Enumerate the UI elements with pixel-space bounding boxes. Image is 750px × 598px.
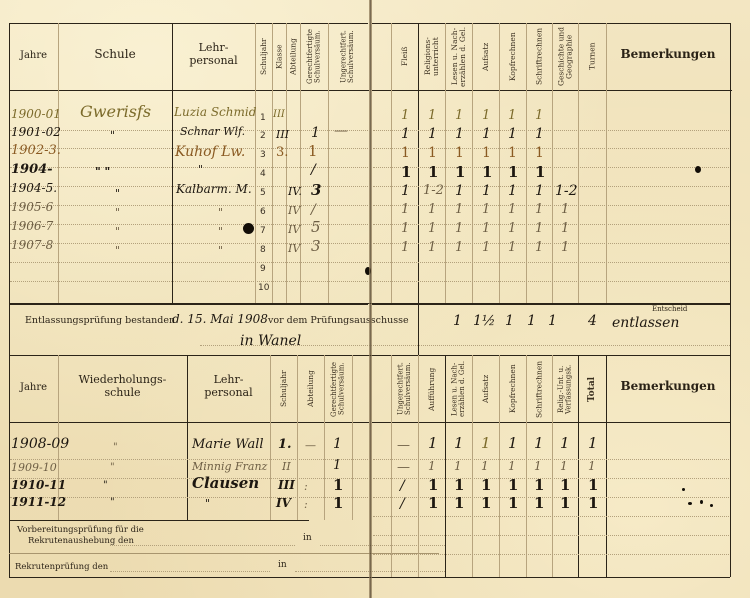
grade-cell: 1 — [508, 127, 517, 141]
lower-row-school: " — [113, 443, 118, 453]
lower-grade-cell: 1 — [481, 478, 491, 493]
ink-blot — [243, 223, 254, 234]
grade-cell: 1 — [482, 203, 490, 216]
row-school: " — [115, 226, 120, 237]
lower-grade-cell: 1 — [534, 436, 544, 451]
header-excused-absences: Gerechtfertigte Schulversäum. — [301, 25, 328, 88]
grade-cell: 1 — [561, 222, 569, 235]
lower-header-remarks: Bemerkungen — [606, 380, 730, 394]
grade-cell: 1 — [561, 203, 569, 216]
header-school-year: Schuljahr — [256, 25, 272, 88]
row-teacher: Schnar Wlf. — [180, 126, 245, 137]
school-year-number: 1 — [260, 113, 266, 123]
discharge-exam-committee-label: vor dem Prüfungsausschusse — [268, 315, 409, 326]
row-year: 1902-3. — [11, 144, 61, 157]
header-division: Abteilung — [287, 25, 300, 88]
lower-grade-cell: 1 — [428, 496, 438, 511]
row-division: IV — [288, 224, 300, 235]
lower-row-excused: 1 — [333, 478, 343, 493]
lower-grade-cell: 1 — [588, 478, 598, 493]
row-teacher: " — [218, 226, 223, 237]
lower-row-teacher: Clausen — [192, 476, 259, 491]
header-remarks: Bemerkungen — [606, 48, 730, 62]
lower-grade-cell: 1 — [560, 436, 570, 451]
discharge-grade: 4 — [588, 314, 597, 328]
lower-grade-cell: 1 — [454, 436, 464, 451]
row-year: 1907-8 — [11, 239, 53, 251]
lower-row-excused: 1 — [333, 459, 341, 472]
lower-grade-cell: 1 — [588, 496, 598, 511]
lower-grade-cell: 1 — [588, 460, 596, 472]
lower-header-conduct: Aufführung — [419, 358, 445, 420]
discharge-grade: 1 — [505, 314, 514, 328]
header-years: Jahre — [9, 50, 58, 62]
grade-cell: 1 — [482, 127, 491, 141]
grade-cell: 1 — [535, 241, 543, 254]
lower-grade-cell: 1 — [508, 460, 516, 472]
row-school: Gwerisfs — [80, 104, 151, 120]
lower-grade-cell: 1 — [508, 478, 518, 493]
grade-cell: 1 — [508, 165, 518, 180]
grade-cell: 1 — [535, 109, 543, 122]
lower-grade-cell: 1 — [508, 436, 518, 451]
lower-row-teacher: " — [205, 498, 210, 509]
row-unexcused: — — [334, 124, 348, 138]
school-year-number: 10 — [258, 283, 269, 293]
header-mental-arithmetic: Kopfrechnen — [500, 25, 526, 88]
grade-cell: 1 — [535, 184, 544, 198]
row-school: " — [115, 245, 120, 256]
grade-cell: 1 — [482, 241, 490, 254]
row-division: IV — [288, 205, 300, 216]
grade-cell: 1 — [401, 165, 411, 180]
grade-cell: 1-2 — [555, 184, 578, 198]
header-history-geography: Geschichte und Geographie — [553, 25, 578, 88]
header-class: Klasse — [273, 25, 286, 88]
grade-cell: 1 — [428, 109, 436, 122]
grade-cell: 1 — [561, 241, 569, 254]
row-division: IV. — [288, 186, 302, 197]
lower-row-unexcused: / — [400, 497, 405, 511]
school-year-number: 3 — [260, 150, 266, 160]
ink-blot — [695, 166, 701, 173]
lower-grade-cell: 1 — [454, 478, 464, 493]
lower-header-mental-arithmetic: Kopfrechnen — [500, 358, 526, 420]
grade-cell: 1 — [508, 146, 517, 160]
lower-row-unexcused: — — [397, 461, 410, 474]
grade-cell: 1 — [482, 109, 490, 122]
grade-cell: 1 — [508, 241, 516, 254]
lower-grade-cell: 1 — [560, 478, 570, 493]
row-excused: 1 — [311, 126, 320, 140]
ink-speck — [688, 502, 692, 505]
row-division: IV — [288, 243, 300, 254]
lower-row-school-year: IV — [276, 497, 291, 509]
grade-cell: 1 — [508, 203, 516, 216]
decision-label: Entscheid — [652, 305, 687, 313]
prep-exam-label-line1: Vorbereitungsprüfung für die — [17, 525, 144, 535]
page-fold — [369, 0, 372, 598]
grade-cell: 1 — [535, 146, 544, 160]
lower-row-excused: 1 — [333, 496, 343, 511]
header-unexcused-absences: Ungerechtfert. Schulversäum. — [330, 25, 366, 88]
grade-cell: 1 — [401, 241, 409, 254]
grade-cell: 1 — [455, 222, 463, 235]
row-school: " — [110, 130, 115, 141]
school-year-number: 4 — [260, 169, 266, 179]
grade-cell: 1 — [401, 127, 410, 141]
grade-cell: 1 — [455, 203, 463, 216]
grade-cell: 1 — [455, 109, 463, 122]
row-teacher: Luzia Schmid — [174, 106, 256, 118]
header-diligence: Fleiß — [392, 25, 418, 88]
row-teacher: " — [218, 207, 223, 218]
decision-handwritten: entlassen — [612, 316, 679, 330]
ink-speck — [700, 500, 703, 504]
row-division: III — [273, 110, 285, 120]
row-year: 1901-02 — [11, 126, 61, 138]
grade-cell: 1 — [401, 203, 409, 216]
lower-grade-cell: 1 — [534, 496, 544, 511]
header-essay: Aufsatz — [473, 25, 499, 88]
lower-header-school: Wiederholungs- schule — [58, 374, 187, 399]
ink-speck — [682, 488, 685, 491]
lower-row-year: 1911-12 — [11, 496, 66, 508]
grade-cell: 1 — [401, 184, 410, 198]
recruit-exam-in-label: in — [278, 560, 287, 570]
lower-row-year: 1910-11 — [11, 479, 66, 491]
grade-cell: 1 — [401, 222, 409, 235]
header-written-arithmetic: Schriftrechnen — [527, 25, 552, 88]
grade-cell: 1 — [535, 165, 545, 180]
lower-header-civics: Relig.-Unt. u. Verfassungsk. — [553, 358, 578, 420]
header-teacher: Lehr- personal — [172, 42, 255, 67]
lower-header-division: Abteilung — [298, 358, 324, 420]
lower-grade-cell: 1 — [508, 496, 518, 511]
row-school: " — [115, 207, 120, 218]
row-excused: 1 — [308, 144, 318, 159]
header-religion: Religions-unterricht — [419, 25, 445, 88]
lower-row-school: " — [110, 498, 115, 508]
row-excused: / — [311, 163, 316, 177]
discharge-grade: 1 — [453, 314, 462, 328]
school-year-number: 7 — [260, 226, 266, 236]
grade-cell: 1 — [455, 184, 464, 198]
lower-grade-cell: 1 — [534, 460, 542, 472]
grade-cell: 1 — [482, 165, 492, 180]
school-year-number: 6 — [260, 207, 266, 217]
grade-cell: 1 — [455, 165, 465, 180]
prep-exam-in-label: in — [303, 533, 312, 543]
lower-row-school: " — [110, 463, 115, 473]
grade-cell: 1 — [535, 127, 544, 141]
lower-row-unexcused: — — [397, 439, 410, 452]
grade-cell: 1 — [482, 184, 491, 198]
row-school: " — [115, 188, 120, 199]
lower-grade-cell: 1 — [428, 478, 438, 493]
school-year-number: 2 — [260, 131, 266, 141]
lower-grade-cell: 1 — [481, 460, 489, 472]
lower-header-total: Total — [579, 358, 606, 420]
row-year: 1904- — [11, 163, 53, 176]
lower-row-school-year: III — [278, 479, 295, 491]
lower-header-essay: Aufsatz — [473, 358, 499, 420]
grade-cell: 1 — [401, 109, 409, 122]
discharge-exam-label: Entlassungsprüfung bestanden — [25, 315, 175, 326]
row-division: 3. — [276, 146, 288, 159]
school-year-number: 5 — [260, 188, 266, 198]
row-division: III — [276, 129, 289, 140]
lower-grade-cell: 1 — [454, 460, 462, 472]
lower-grade-cell: 1 — [428, 460, 436, 472]
lower-header-school-year: Schuljahr — [271, 358, 297, 420]
grade-cell: 1 — [482, 146, 491, 160]
lower-header-reading: Lesen u. Nach-erzählen d. Gel. — [446, 358, 472, 420]
row-year: 1904-5. — [11, 182, 57, 194]
grade-cell: 1 — [428, 146, 437, 160]
grade-cell: 1 — [428, 127, 437, 141]
lower-grade-cell: 1 — [534, 478, 544, 493]
row-teacher: " — [198, 164, 203, 175]
grade-cell: 1 — [428, 165, 438, 180]
row-year: 1900-01 — [11, 108, 61, 120]
grade-cell: 1 — [428, 203, 436, 216]
lower-grade-cell: 1 — [481, 496, 491, 511]
grade-cell: 1 — [401, 146, 410, 160]
grade-cell: 1 — [535, 203, 543, 216]
lower-grade-cell: 1 — [560, 460, 568, 472]
row-teacher: Kuhof Lw. — [175, 145, 245, 159]
school-year-number: 8 — [260, 245, 266, 255]
lower-row-division: — — [305, 440, 316, 451]
grade-cell: 1 — [508, 222, 516, 235]
header-school: Schule — [58, 48, 172, 62]
row-teacher: " — [218, 245, 223, 256]
lower-grade-cell: 1 — [560, 496, 570, 511]
lower-row-year: 1908-09 — [11, 437, 69, 451]
lower-header-teacher: Lehr- personal — [187, 374, 270, 399]
grade-cell: 1 — [455, 146, 464, 160]
grade-cell: 1 — [455, 127, 464, 141]
lower-row-division: : — [304, 499, 308, 510]
row-excused: 5 — [311, 220, 321, 235]
row-teacher: Kalbarm. M. — [176, 183, 252, 195]
lower-row-teacher: Minnig Franz — [192, 461, 267, 472]
lower-header-excused: Gerechtfertigte Schulversäum. — [325, 358, 352, 420]
row-excused: 3 — [311, 183, 321, 198]
grade-cell: 1 — [508, 109, 516, 122]
row-excused: 3 — [311, 239, 321, 254]
grade-cell: 1 — [482, 222, 490, 235]
header-reading: Lesen u. Nach-erzählen d. Gel. — [446, 25, 472, 88]
lower-row-school: " — [103, 481, 108, 491]
grade-cell: 1 — [428, 241, 436, 254]
lower-row-school-year: II — [282, 461, 291, 472]
lower-row-excused: 1 — [333, 437, 342, 451]
recruit-exam-label: Rekrutenprüfung den — [15, 562, 108, 572]
grade-cell: 1 — [428, 222, 436, 235]
lower-grade-cell: 1 — [588, 436, 598, 451]
discharge-exam-date: d. 15. Mai 1908 — [172, 313, 268, 325]
row-year: 1906-7 — [11, 220, 53, 232]
grade-cell: 1 — [455, 241, 463, 254]
row-school: " " — [95, 166, 110, 177]
lower-row-year: 1909-10 — [11, 462, 57, 473]
grade-cell: 1 — [508, 184, 517, 198]
lower-row-unexcused: / — [400, 479, 405, 493]
lower-row-teacher: Marie Wall — [192, 438, 264, 451]
row-excused: / — [311, 203, 316, 217]
grade-cell: 1 — [535, 222, 543, 235]
discharge-grade: 1 — [527, 314, 536, 328]
lower-row-school-year: 1. — [278, 438, 292, 451]
header-gymnastics: Turnen — [579, 25, 606, 88]
lower-row-division: : — [304, 481, 308, 492]
lower-header-written-arithmetic: Schriftrechnen — [527, 358, 552, 420]
grade-cell: 1-2 — [423, 184, 444, 197]
discharge-grade: 1 — [548, 314, 557, 328]
lower-header-unexcused: Ungerechtfert. Schulversäum. — [392, 358, 418, 420]
lower-header-years: Jahre — [9, 382, 58, 394]
lower-grade-cell: 1 — [454, 496, 464, 511]
ink-speck — [710, 504, 713, 507]
lower-grade-cell: 1 — [428, 436, 438, 451]
school-year-number: 9 — [260, 264, 266, 274]
row-year: 1905-6 — [11, 201, 53, 213]
lower-grade-cell: 1 — [481, 436, 491, 451]
discharge-exam-place: in Wanel — [240, 334, 301, 348]
discharge-grade: 1½ — [473, 314, 495, 328]
